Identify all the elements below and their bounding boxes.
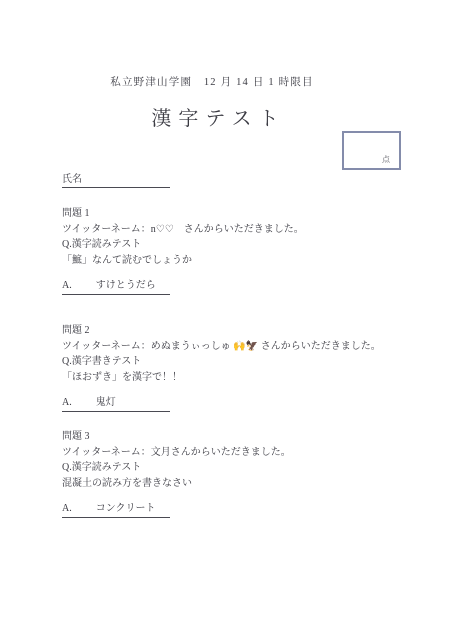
answer-prefix: A. [62, 503, 72, 514]
problem-section-3: 問題 3 ツイッターネーム：文月さんからいただきました。 Q.漢字読みテスト 混… [62, 429, 402, 518]
problem-number: 問題 1 [62, 206, 402, 222]
page-title: 漢字テスト [0, 102, 430, 131]
problem-source: ツイッターネーム：文月さんからいただきました。 [62, 445, 402, 461]
answer-prefix: A. [62, 397, 72, 408]
answer-line: A.すけとうだら [62, 279, 402, 295]
problem-number: 問題 2 [62, 323, 402, 339]
test-paper-page: 私立野津山学園 12 月 14 日 1 時限目 漢字テスト 点 氏名 問題 1 … [0, 0, 452, 640]
school-date-header: 私立野津山学園 12 月 14 日 1 時限目 [0, 74, 424, 89]
score-unit-label: 点 [382, 154, 390, 165]
answer-text: 鬼灯 [96, 397, 116, 408]
problem-question: 混凝土の読み方を書きなさい [62, 476, 402, 492]
problem-number: 問題 3 [62, 429, 402, 445]
problem-source: ツイッターネーム：めぬまうぃっしゅ 🙌🦅 さんからいただきました。 [62, 339, 402, 355]
answer-text: すけとうだら [96, 280, 156, 291]
problem-section-1: 問題 1 ツイッターネーム：n♡♡ さんからいただきました。 Q.漢字読みテスト… [62, 206, 402, 295]
answer-text: コンクリート [96, 503, 156, 514]
answer-prefix: A. [62, 280, 72, 291]
name-field-row: 氏名 [62, 170, 170, 188]
answer-line: A.鬼灯 [62, 396, 402, 412]
answer-line: A.コンクリート [62, 502, 402, 518]
answer-field: A.コンクリート [62, 502, 170, 518]
problem-question-type: Q.漢字書きテスト [62, 354, 402, 370]
problem-source: ツイッターネーム：n♡♡ さんからいただきました。 [62, 222, 402, 238]
score-box: 点 [342, 131, 401, 170]
answer-field: A.鬼灯 [62, 396, 170, 412]
problem-question: 「ほおずき」を漢字で！！ [62, 370, 402, 386]
name-field: 氏名 [62, 170, 170, 188]
problem-section-2: 問題 2 ツイッターネーム：めぬまうぃっしゅ 🙌🦅 さんからいただきました。 Q… [62, 323, 402, 412]
answer-field: A.すけとうだら [62, 279, 170, 295]
problem-question-type: Q.漢字読みテスト [62, 237, 402, 253]
problem-question-type: Q.漢字読みテスト [62, 460, 402, 476]
problem-question: 「鯳」なんて読むでしょうか [62, 253, 402, 269]
